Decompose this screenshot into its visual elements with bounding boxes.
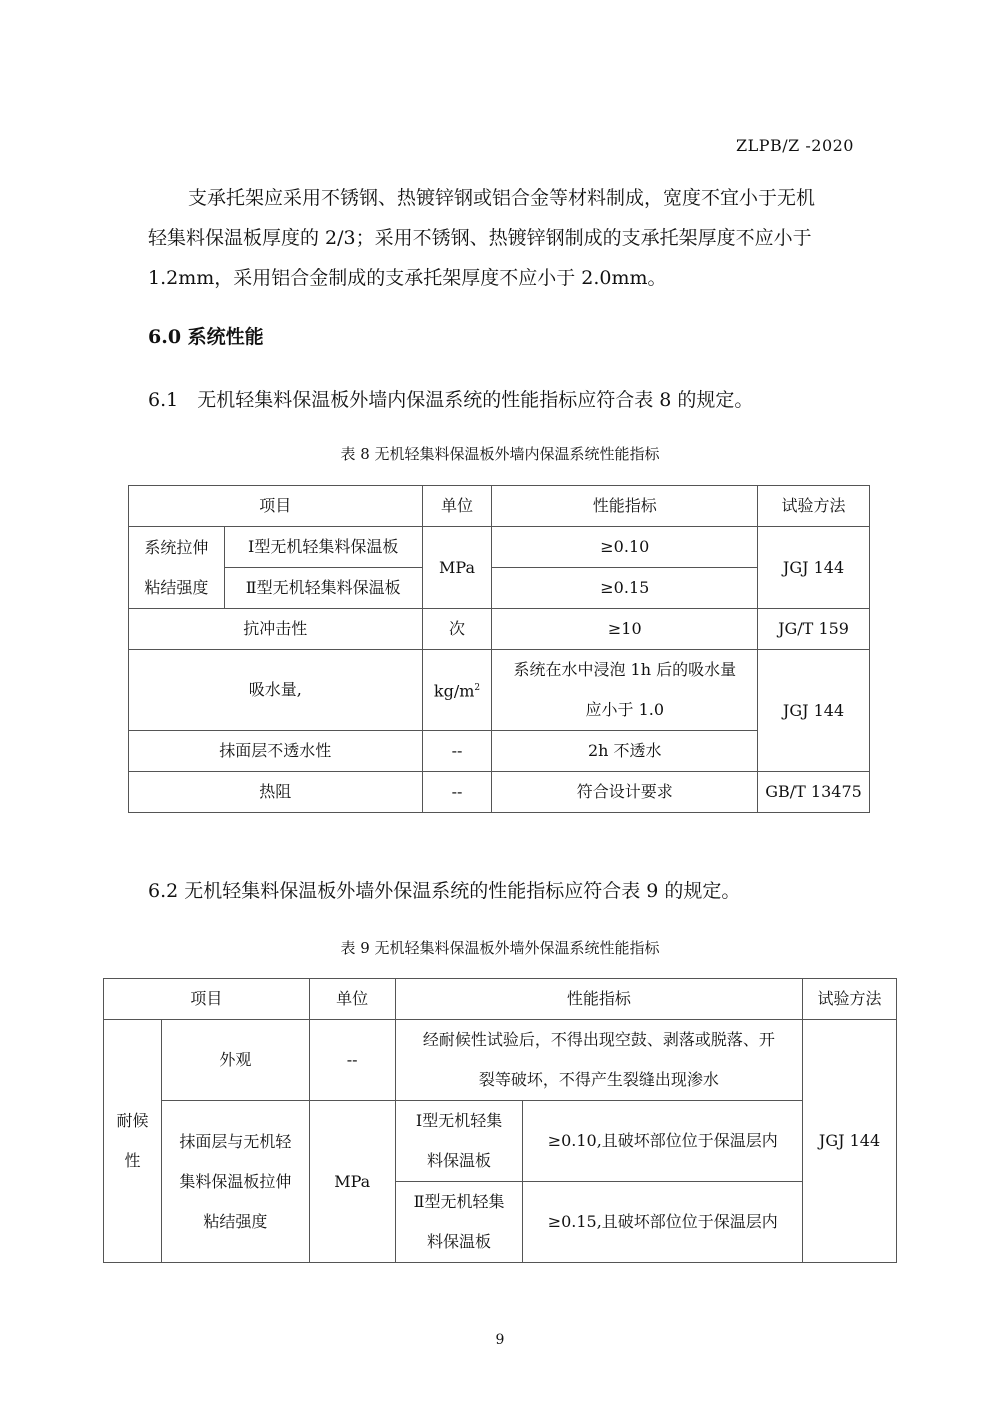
absorption-cell: 吸水量,	[129, 650, 423, 731]
absorption-value-cell: 系统在水中浸泡 1h 后的吸水量 应小于 1.0	[492, 650, 758, 731]
table-9: 项目 单位 性能指标 试验方法 耐候 性 外观 -- 经耐候性试验后，不得出现空…	[103, 978, 897, 1263]
impact-unit-cell: 次	[422, 609, 492, 650]
table-row: 抗冲击性 次 ≥10 JG/T 159	[129, 609, 870, 650]
table-row: 系统拉伸 粘结强度 Ⅰ型无机轻集料保温板 MPa ≥0.10 JGJ 144	[129, 527, 870, 568]
weathering-group-cell: 耐候 性	[104, 1020, 162, 1263]
table-row: 耐候 性 外观 -- 经耐候性试验后，不得出现空鼓、剥落或脱落、开 裂等破坏，不…	[104, 1020, 897, 1101]
appearance-cell: 外观	[161, 1020, 309, 1101]
table8-caption: 表 8 无机轻集料保温板外墙内保温系统性能指标	[0, 443, 1000, 464]
table-row: 吸水量, kg/m2 系统在水中浸泡 1h 后的吸水量 应小于 1.0 JGJ …	[129, 650, 870, 731]
header-unit: 单位	[422, 486, 492, 527]
impact-method-cell: JG/T 159	[758, 609, 870, 650]
type2-cell: Ⅱ型无机轻集 料保温板	[395, 1182, 523, 1263]
type1-cell: Ⅰ型无机轻集料保温板	[224, 527, 422, 568]
table-row: 热阻 -- 符合设计要求 GB/T 13475	[129, 772, 870, 813]
section-title: 6.0 系统性能	[148, 322, 264, 349]
table-8: 项目 单位 性能指标 试验方法 系统拉伸 粘结强度 Ⅰ型无机轻集料保温板 MPa…	[128, 485, 870, 813]
type-line: Ⅰ型无机轻集	[400, 1101, 519, 1141]
impermeability-unit-cell: --	[422, 731, 492, 772]
absorption-unit-cell: kg/m2	[422, 650, 492, 731]
table-row: 抹面层与无机轻 集料保温板拉伸 粘结强度 MPa Ⅰ型无机轻集 料保温板 ≥0.…	[104, 1101, 897, 1182]
impact-cell: 抗冲击性	[129, 609, 423, 650]
bond-line: 抹面层与无机轻	[166, 1122, 305, 1162]
table-header-row: 项目 单位 性能指标 试验方法	[104, 979, 897, 1020]
group-line: 性	[108, 1141, 157, 1181]
impermeability-value-cell: 2h 不透水	[492, 731, 758, 772]
appearance-unit-cell: --	[309, 1020, 395, 1101]
type1-value-cell: ≥0.10	[492, 527, 758, 568]
header-method: 试验方法	[758, 486, 870, 527]
header-item: 项目	[129, 486, 423, 527]
value-line: 应小于 1.0	[496, 690, 753, 730]
type2-value-cell: ≥0.15,且破坏部位位于保温层内	[523, 1182, 803, 1263]
page-number: 9	[0, 1332, 1000, 1348]
group-line: 耐候	[108, 1101, 157, 1141]
impact-value-cell: ≥10	[492, 609, 758, 650]
type2-value-cell: ≥0.15	[492, 568, 758, 609]
value-line: 系统在水中浸泡 1h 后的吸水量	[496, 650, 753, 690]
thermal-cell: 热阻	[129, 772, 423, 813]
absorption-method-cell: JGJ 144	[758, 650, 870, 772]
bond-line: 粘结强度	[166, 1202, 305, 1242]
bond-group-line: 粘结强度	[133, 568, 220, 608]
bond-cell: 抹面层与无机轻 集料保温板拉伸 粘结强度	[161, 1101, 309, 1263]
type2-cell: Ⅱ型无机轻集料保温板	[224, 568, 422, 609]
clause-6-1: 6.1 无机轻集料保温板外墙内保温系统的性能指标应符合表 8 的规定。	[148, 385, 753, 412]
header-indicator: 性能指标	[395, 979, 802, 1020]
thermal-method-cell: GB/T 13475	[758, 772, 870, 813]
bond-method-cell: JGJ 144	[758, 527, 870, 609]
bond-group-cell: 系统拉伸 粘结强度	[129, 527, 225, 609]
type1-cell: Ⅰ型无机轻集 料保温板	[395, 1101, 523, 1182]
header-item: 项目	[104, 979, 310, 1020]
header-unit: 单位	[309, 979, 395, 1020]
paragraph-line: 轻集料保温板厚度的 2/3；采用不锈钢、热镀锌钢制成的支承托架厚度不应小于	[148, 218, 868, 258]
value-line: 裂等破坏，不得产生裂缝出现渗水	[400, 1060, 798, 1100]
unit-text: kg/m	[434, 682, 475, 701]
unit-superscript: 2	[474, 683, 480, 693]
document-code: ZLPB/Z -2020	[736, 136, 854, 155]
support-bracket-paragraph: 支承托架应采用不锈钢、热镀锌钢或铝合金等材料制成，宽度不宜小于无机 轻集料保温板…	[148, 178, 868, 298]
thermal-value-cell: 符合设计要求	[492, 772, 758, 813]
thermal-unit-cell: --	[422, 772, 492, 813]
table9-caption: 表 9 无机轻集料保温板外墙外保温系统性能指标	[0, 937, 1000, 958]
table-header-row: 项目 单位 性能指标 试验方法	[129, 486, 870, 527]
paragraph-line: 1.2mm，采用铝合金制成的支承托架厚度不应小于 2.0mm。	[148, 258, 868, 298]
header-method: 试验方法	[803, 979, 897, 1020]
method-cell: JGJ 144	[803, 1020, 897, 1263]
bond-line: 集料保温板拉伸	[166, 1162, 305, 1202]
header-indicator: 性能指标	[492, 486, 758, 527]
paragraph-line: 支承托架应采用不锈钢、热镀锌钢或铝合金等材料制成，宽度不宜小于无机	[148, 178, 868, 218]
type-line: 料保温板	[400, 1222, 519, 1262]
type1-value-cell: ≥0.10,且破坏部位位于保温层内	[523, 1101, 803, 1182]
appearance-value-cell: 经耐候性试验后，不得出现空鼓、剥落或脱落、开 裂等破坏，不得产生裂缝出现渗水	[395, 1020, 802, 1101]
type-line: 料保温板	[400, 1141, 519, 1181]
bond-group-line: 系统拉伸	[133, 528, 220, 568]
impermeability-cell: 抹面层不透水性	[129, 731, 423, 772]
value-line: 经耐候性试验后，不得出现空鼓、剥落或脱落、开	[400, 1020, 798, 1060]
type-line: Ⅱ型无机轻集	[400, 1182, 519, 1222]
clause-6-2: 6.2 无机轻集料保温板外墙外保温系统的性能指标应符合表 9 的规定。	[148, 876, 740, 903]
bond-unit-cell: MPa	[422, 527, 492, 609]
bond-unit-cell: MPa	[309, 1101, 395, 1263]
